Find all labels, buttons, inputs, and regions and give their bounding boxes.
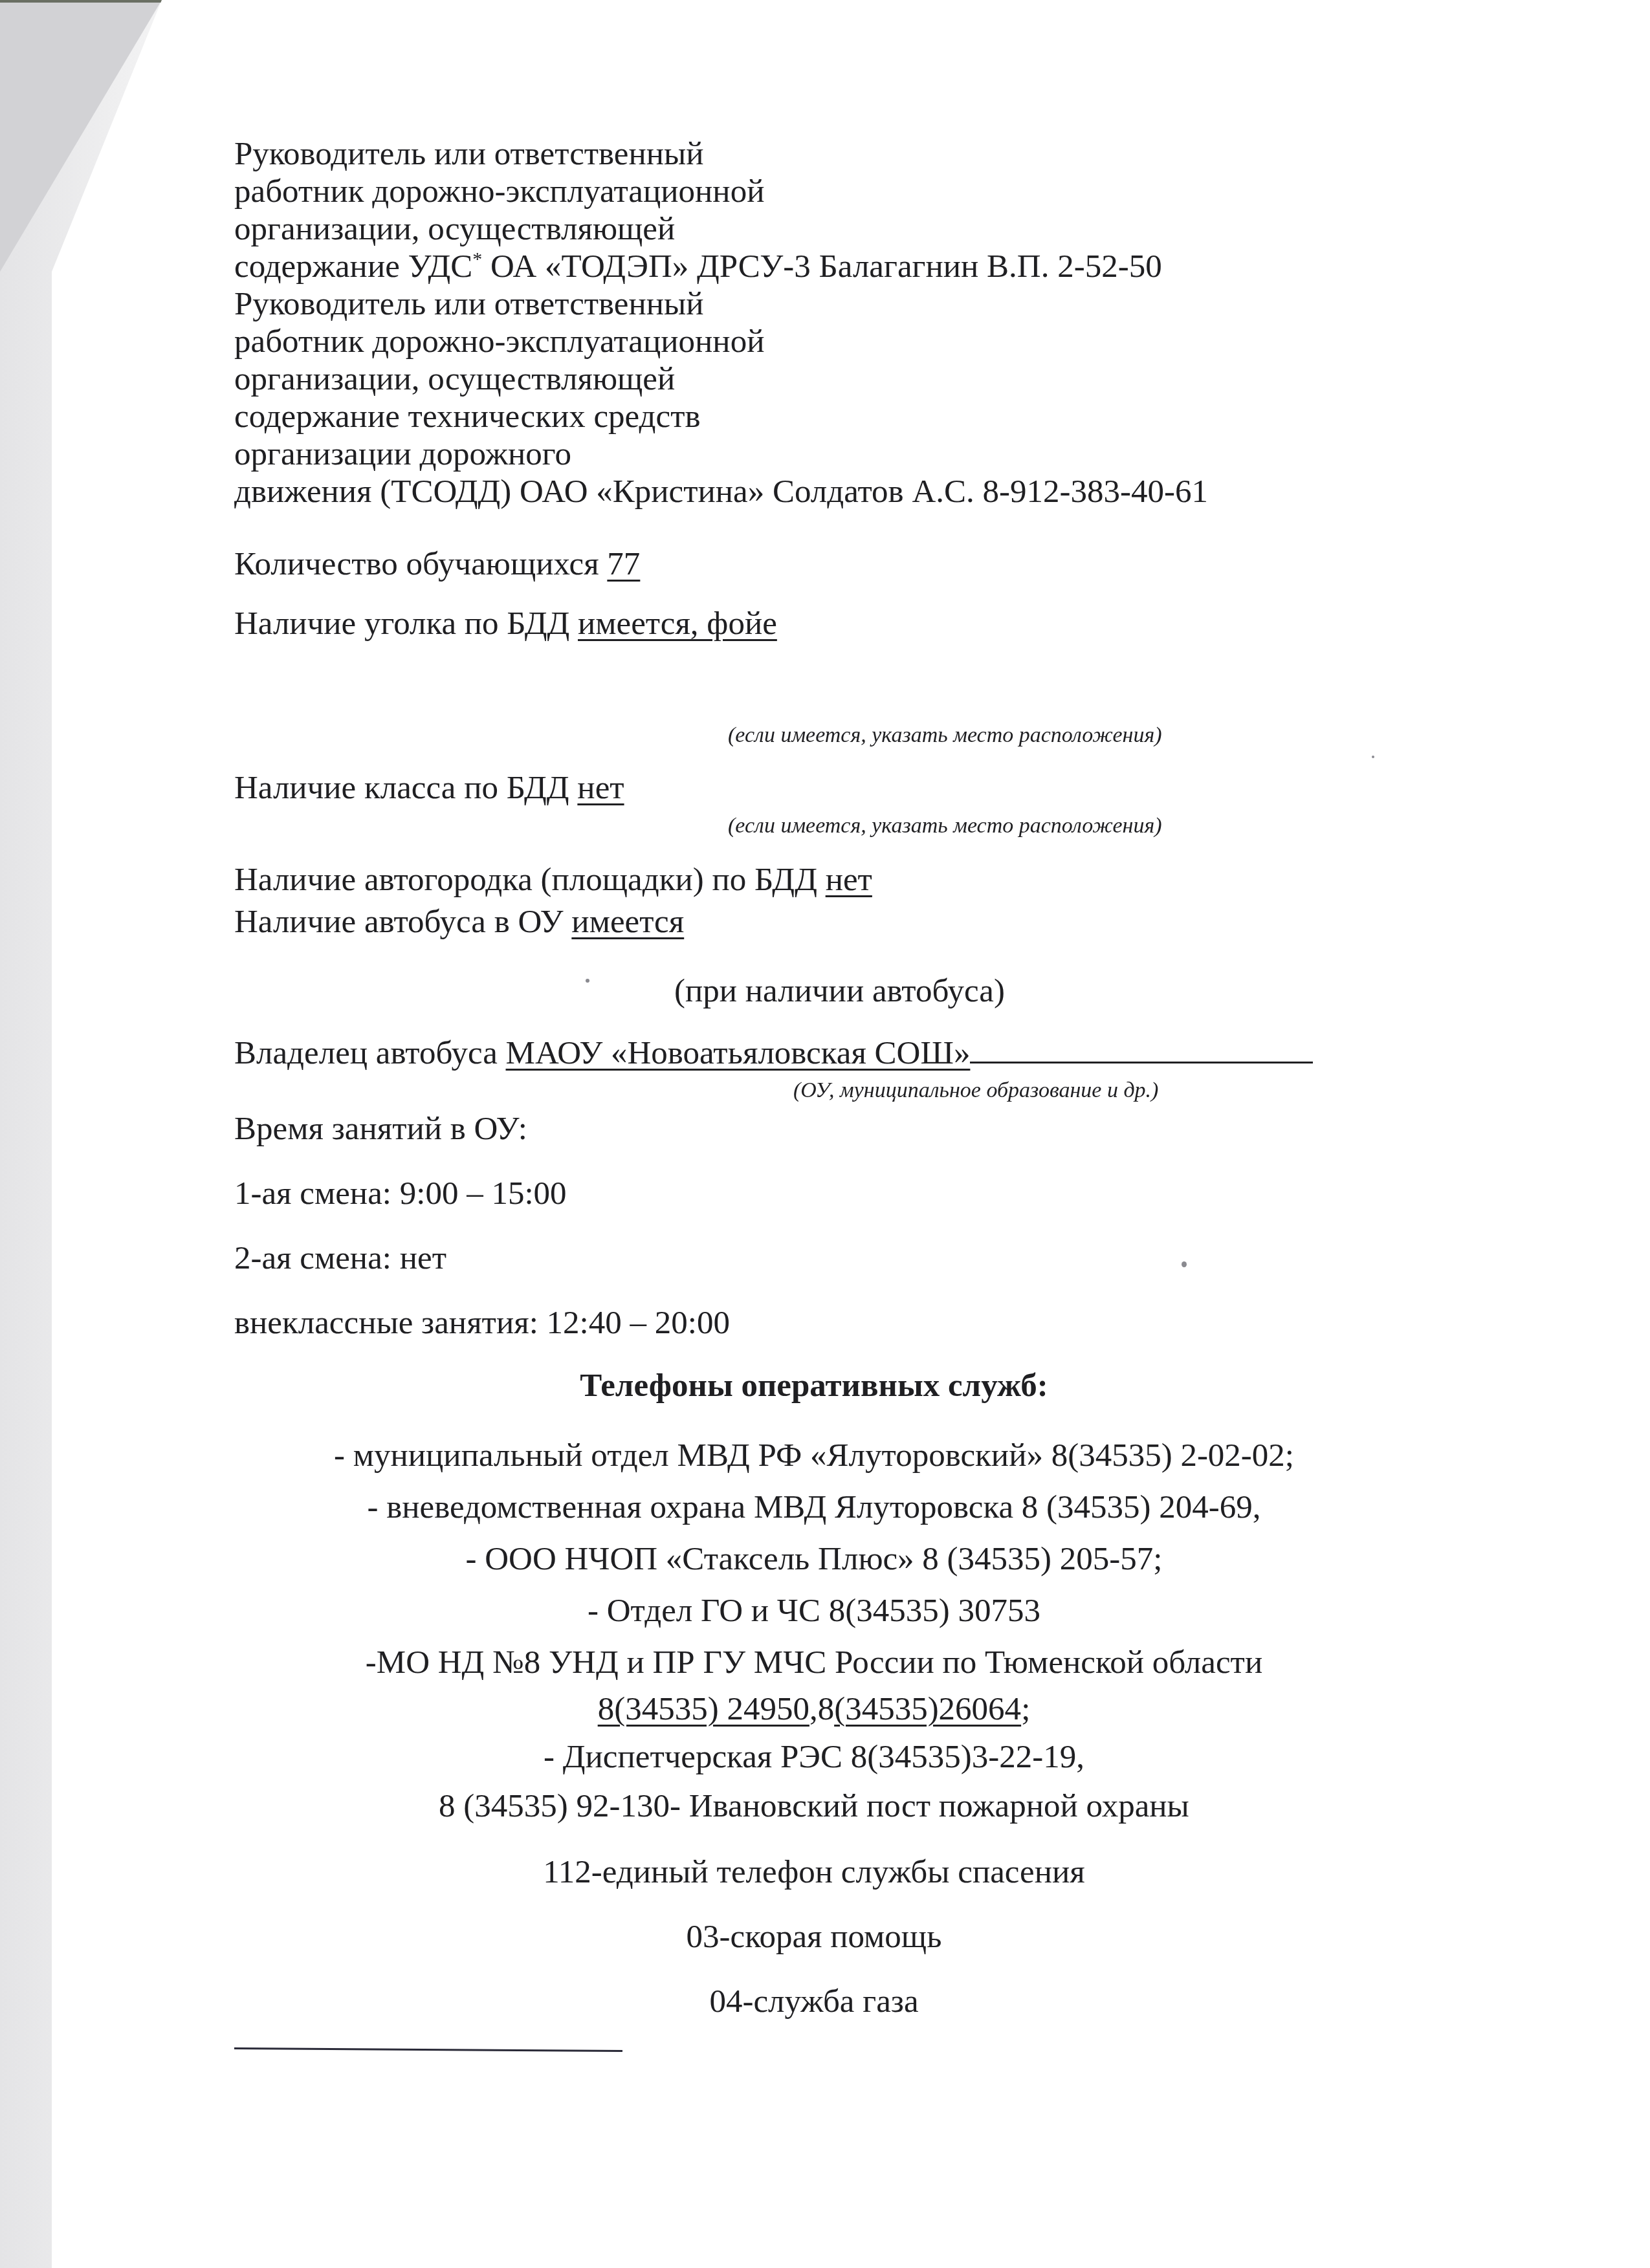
- text-line: работник дорожно-эксплуатационной: [234, 172, 764, 211]
- bdd-corner-label: Наличие уголка по БДД: [234, 605, 578, 642]
- schedule-shift-2: 2-ая смена: нет: [234, 1239, 446, 1278]
- text-line: Руководитель или ответственный: [234, 135, 704, 173]
- bdd-corner-row: Наличие уголка по БДД имеется, фойе: [234, 604, 777, 643]
- text-line: организации дорожного: [234, 435, 571, 474]
- bus-note: (при наличии автобуса): [674, 972, 1005, 1010]
- schedule-title: Время занятий в ОУ:: [234, 1109, 527, 1148]
- autotown-label: Наличие автогородка (площадки) по БДД: [234, 862, 826, 898]
- bdd-class-row: Наличие класса по БДД нет: [234, 769, 624, 807]
- bdd-corner-value: имеется, фойе: [578, 605, 777, 642]
- students-count-row: Количество обучающихся 77: [234, 545, 640, 583]
- emergency-phones-title: Телефоны оперативных служб:: [0, 1366, 1639, 1405]
- text-line: организации, осуществляющей: [234, 360, 675, 398]
- phone-item: - Отдел ГО и ЧС 8(34535) 30753: [0, 1591, 1639, 1630]
- scan-speck: [1182, 1261, 1187, 1267]
- text-line: Руководитель или ответственный: [234, 285, 704, 323]
- autotown-row: Наличие автогородка (площадки) по БДД не…: [234, 860, 872, 899]
- phone-item: - вневедомственная охрана МВД Ялуторовск…: [0, 1488, 1639, 1527]
- footnote-mark: *: [472, 248, 482, 270]
- text-fragment: содержание УДС: [234, 248, 472, 285]
- text-line: организации, осуществляющей: [234, 210, 675, 248]
- schedule-shift-1: 1-ая смена: 9:00 – 15:00: [234, 1174, 567, 1213]
- short-number: 03-скорая помощь: [0, 1917, 1639, 1956]
- bdd-class-value: нет: [577, 770, 624, 806]
- road-maintenance-contact: содержание УДС* ОА «ТОДЭП» ДРСУ-3 Балага…: [234, 247, 1162, 286]
- text-line: работник дорожно-эксплуатационной: [234, 322, 764, 361]
- text-fragment: ОА «ТОДЭП» ДРСУ-3 Балагагнин В.П. 2-52-5…: [482, 248, 1161, 285]
- text-line: содержание технических средств: [234, 397, 701, 436]
- tsodd-maintenance-contact: движения (ТСОДД) ОАО «Кристина» Солдатов…: [234, 472, 1208, 511]
- mchs-phones: 8(34535) 24950,8(34535)26064;: [0, 1690, 1639, 1728]
- blank-line: [970, 1061, 1313, 1063]
- scan-speck: [586, 979, 589, 983]
- short-number: 112-единый телефон службы спасения: [0, 1853, 1639, 1892]
- autotown-value: нет: [826, 862, 872, 898]
- schedule-extracurricular: внеклассные занятия: 12:40 – 20:00: [234, 1303, 730, 1342]
- bus-owner-value: МАОУ «Новоатьяловская СОШ»: [506, 1035, 971, 1071]
- scan-edge: [0, 0, 168, 3]
- bus-owner-label: Владелец автобуса: [234, 1035, 506, 1071]
- phone-item: - Диспетчерская РЭС 8(34535)3-22-19,: [0, 1738, 1639, 1776]
- mchs-phone-1: 8(34535) 24950: [598, 1691, 809, 1727]
- phone-item: - муниципальный отдел МВД РФ «Ялуторовск…: [0, 1436, 1639, 1475]
- bus-row: Наличие автобуса в ОУ имеется: [234, 902, 684, 941]
- mchs-phone-end: ;: [1021, 1691, 1030, 1727]
- scan-speck: [1372, 756, 1374, 758]
- bus-owner-row: Владелец автобуса МАОУ «Новоатьяловская …: [234, 1034, 1313, 1073]
- mchs-phone-2: (34535)26064: [834, 1691, 1021, 1727]
- bdd-class-hint: (если имеется, указать место расположени…: [728, 813, 1162, 839]
- mchs-phone-separator: ,8: [809, 1691, 834, 1727]
- bus-value: имеется: [571, 904, 684, 940]
- bus-label: Наличие автобуса в ОУ: [234, 904, 571, 940]
- phone-item: 8 (34535) 92-130- Ивановский пост пожарн…: [0, 1787, 1639, 1826]
- short-number: 04-служба газа: [0, 1982, 1639, 2021]
- bdd-corner-hint: (если имеется, указать место расположени…: [728, 723, 1162, 748]
- phone-item: - ООО НЧОП «Стаксель Плюс» 8 (34535) 205…: [0, 1540, 1639, 1578]
- bus-owner-hint: (ОУ, муниципальное образование и др.): [793, 1078, 1158, 1104]
- students-count-label: Количество обучающихся: [234, 546, 607, 582]
- students-count-value: 77: [607, 546, 640, 582]
- phone-item: -МО НД №8 УНД и ПР ГУ МЧС России по Тюме…: [0, 1643, 1639, 1682]
- bdd-class-label: Наличие класса по БДД: [234, 770, 577, 806]
